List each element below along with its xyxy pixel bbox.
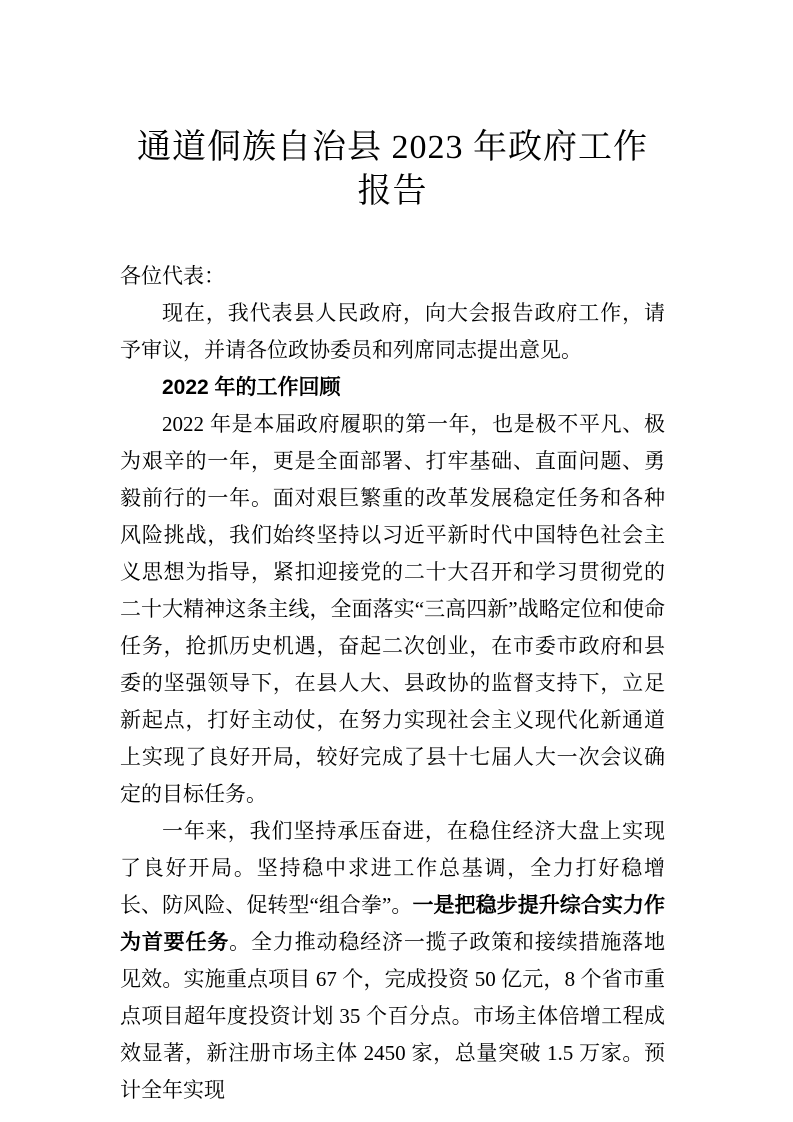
economy-paragraph: 一年来，我们坚持承压奋进，在稳住经济大盘上实现了良好开局。坚持稳中求进工作总基调…	[120, 813, 665, 1109]
intro-paragraph: 现在，我代表县人民政府，向大会报告政府工作，请予审议，并请各位政协委员和列席同志…	[120, 295, 665, 369]
section-heading-2022-review: 2022 年的工作回顾	[120, 369, 665, 406]
salutation-line: 各位代表：	[120, 258, 665, 295]
review-paragraph: 2022 年是本届政府履职的第一年，也是极不平凡、极为艰辛的一年，更是全面部署、…	[120, 406, 665, 813]
document-body: 各位代表： 现在，我代表县人民政府，向大会报告政府工作，请予审议，并请各位政协委…	[120, 258, 665, 1109]
economy-run-regular-2: 。全力推动稳经济一揽子政策和接续措施落地见效。实施重点项目 67 个，完成投资 …	[120, 930, 665, 1102]
document-page: 通道侗族自治县 2023 年政府工作报告 各位代表： 现在，我代表县人民政府，向…	[0, 0, 793, 1122]
document-title: 通道侗族自治县 2023 年政府工作报告	[120, 126, 665, 214]
